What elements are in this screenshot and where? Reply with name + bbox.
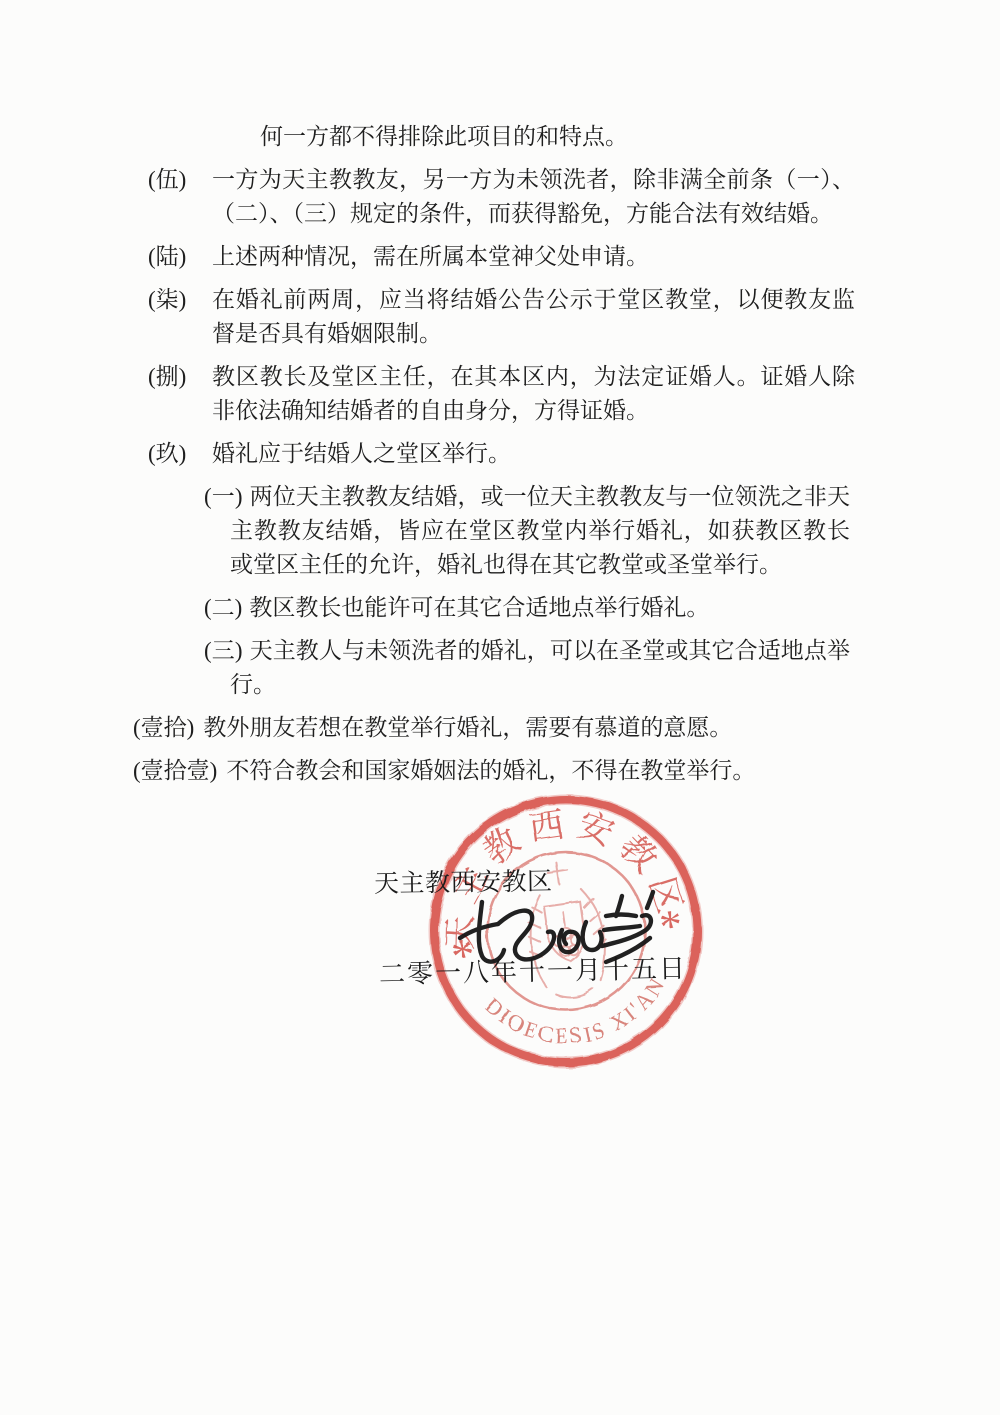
- item-label: (柒): [148, 283, 212, 351]
- sub-list-item: (三)天主教人与未领洗者的婚礼，可以在圣堂或其它合适地点举行。: [204, 634, 850, 702]
- continuation-line: 何一方都不得排除此项目的和特点。: [260, 120, 855, 154]
- item-label: (玖): [148, 437, 212, 471]
- sub-item-text: 天主教人与未领洗者的婚礼，可以在圣堂或其它合适地点举行。: [230, 638, 850, 697]
- signature-scrawl: [446, 884, 664, 982]
- item-text: 在婚礼前两周，应当将结婚公告公示于堂区教堂，以便教友监督是否具有婚姻限制。: [212, 283, 855, 351]
- list-item: (陆) 上述两种情况，需在所属本堂神父处申请。: [148, 240, 855, 274]
- item-label: (伍): [148, 163, 212, 231]
- item-text: 教外朋友若想在教堂举行婚礼，需要有慕道的意愿。: [203, 715, 732, 740]
- item-text: 一方为天主教教友，另一方为未领洗者，除非满全前条（一）、（二）、（三）规定的条件…: [212, 163, 855, 231]
- list-item: (壹拾)教外朋友若想在教堂举行婚礼，需要有慕道的意愿。: [133, 711, 855, 745]
- document-body: 何一方都不得排除此项目的和特点。 (伍) 一方为天主教教友，另一方为未领洗者，除…: [148, 120, 855, 797]
- document-page: 何一方都不得排除此项目的和特点。 (伍) 一方为天主教教友，另一方为未领洗者，除…: [0, 0, 1000, 1415]
- list-item: (捌) 教区教长及堂区主任，在其本区内，为法定证婚人。证婚人除非依法确知结婚者的…: [148, 360, 855, 428]
- list-item: (伍) 一方为天主教教友，另一方为未领洗者，除非满全前条（一）、（二）、（三）规…: [148, 163, 855, 231]
- item-text: 教区教长及堂区主任，在其本区内，为法定证婚人。证婚人除非依法确知结婚者的自由身分…: [212, 360, 855, 428]
- sub-item-label: (二): [204, 595, 242, 620]
- list-item: (柒) 在婚礼前两周，应当将结婚公告公示于堂区教堂，以便教友监督是否具有婚姻限制…: [148, 283, 855, 351]
- item-label: (陆): [148, 240, 212, 274]
- sub-item-label: (一): [204, 484, 243, 509]
- list-item: (玖) 婚礼应于结婚人之堂区举行。: [148, 437, 855, 471]
- item-label: (壹拾壹): [133, 758, 217, 783]
- sub-list-item: (一)两位天主教教友结婚，或一位天主教教友与一位领洗之非天主教教友结婚，皆应在堂…: [204, 480, 850, 582]
- list-item: (壹拾壹)不符合教会和国家婚姻法的婚礼，不得在教堂举行。: [133, 754, 855, 788]
- sub-item-text: 两位天主教教友结婚，或一位天主教教友与一位领洗之非天主教教友结婚，皆应在堂区教堂…: [230, 484, 850, 577]
- sub-list-item: (二)教区教长也能许可在其它合适地点举行婚礼。: [204, 591, 850, 625]
- sub-item-text: 教区教长也能许可在其它合适地点举行婚礼。: [249, 595, 709, 620]
- item-text: 上述两种情况，需在所属本堂神父处申请。: [212, 240, 855, 274]
- item-label: (捌): [148, 360, 212, 428]
- item-label: (壹拾): [133, 715, 194, 740]
- sub-item-label: (三): [204, 638, 243, 663]
- item-text: 婚礼应于结婚人之堂区举行。: [212, 437, 855, 471]
- item-text: 不符合教会和国家婚姻法的婚礼，不得在教堂举行。: [226, 758, 755, 783]
